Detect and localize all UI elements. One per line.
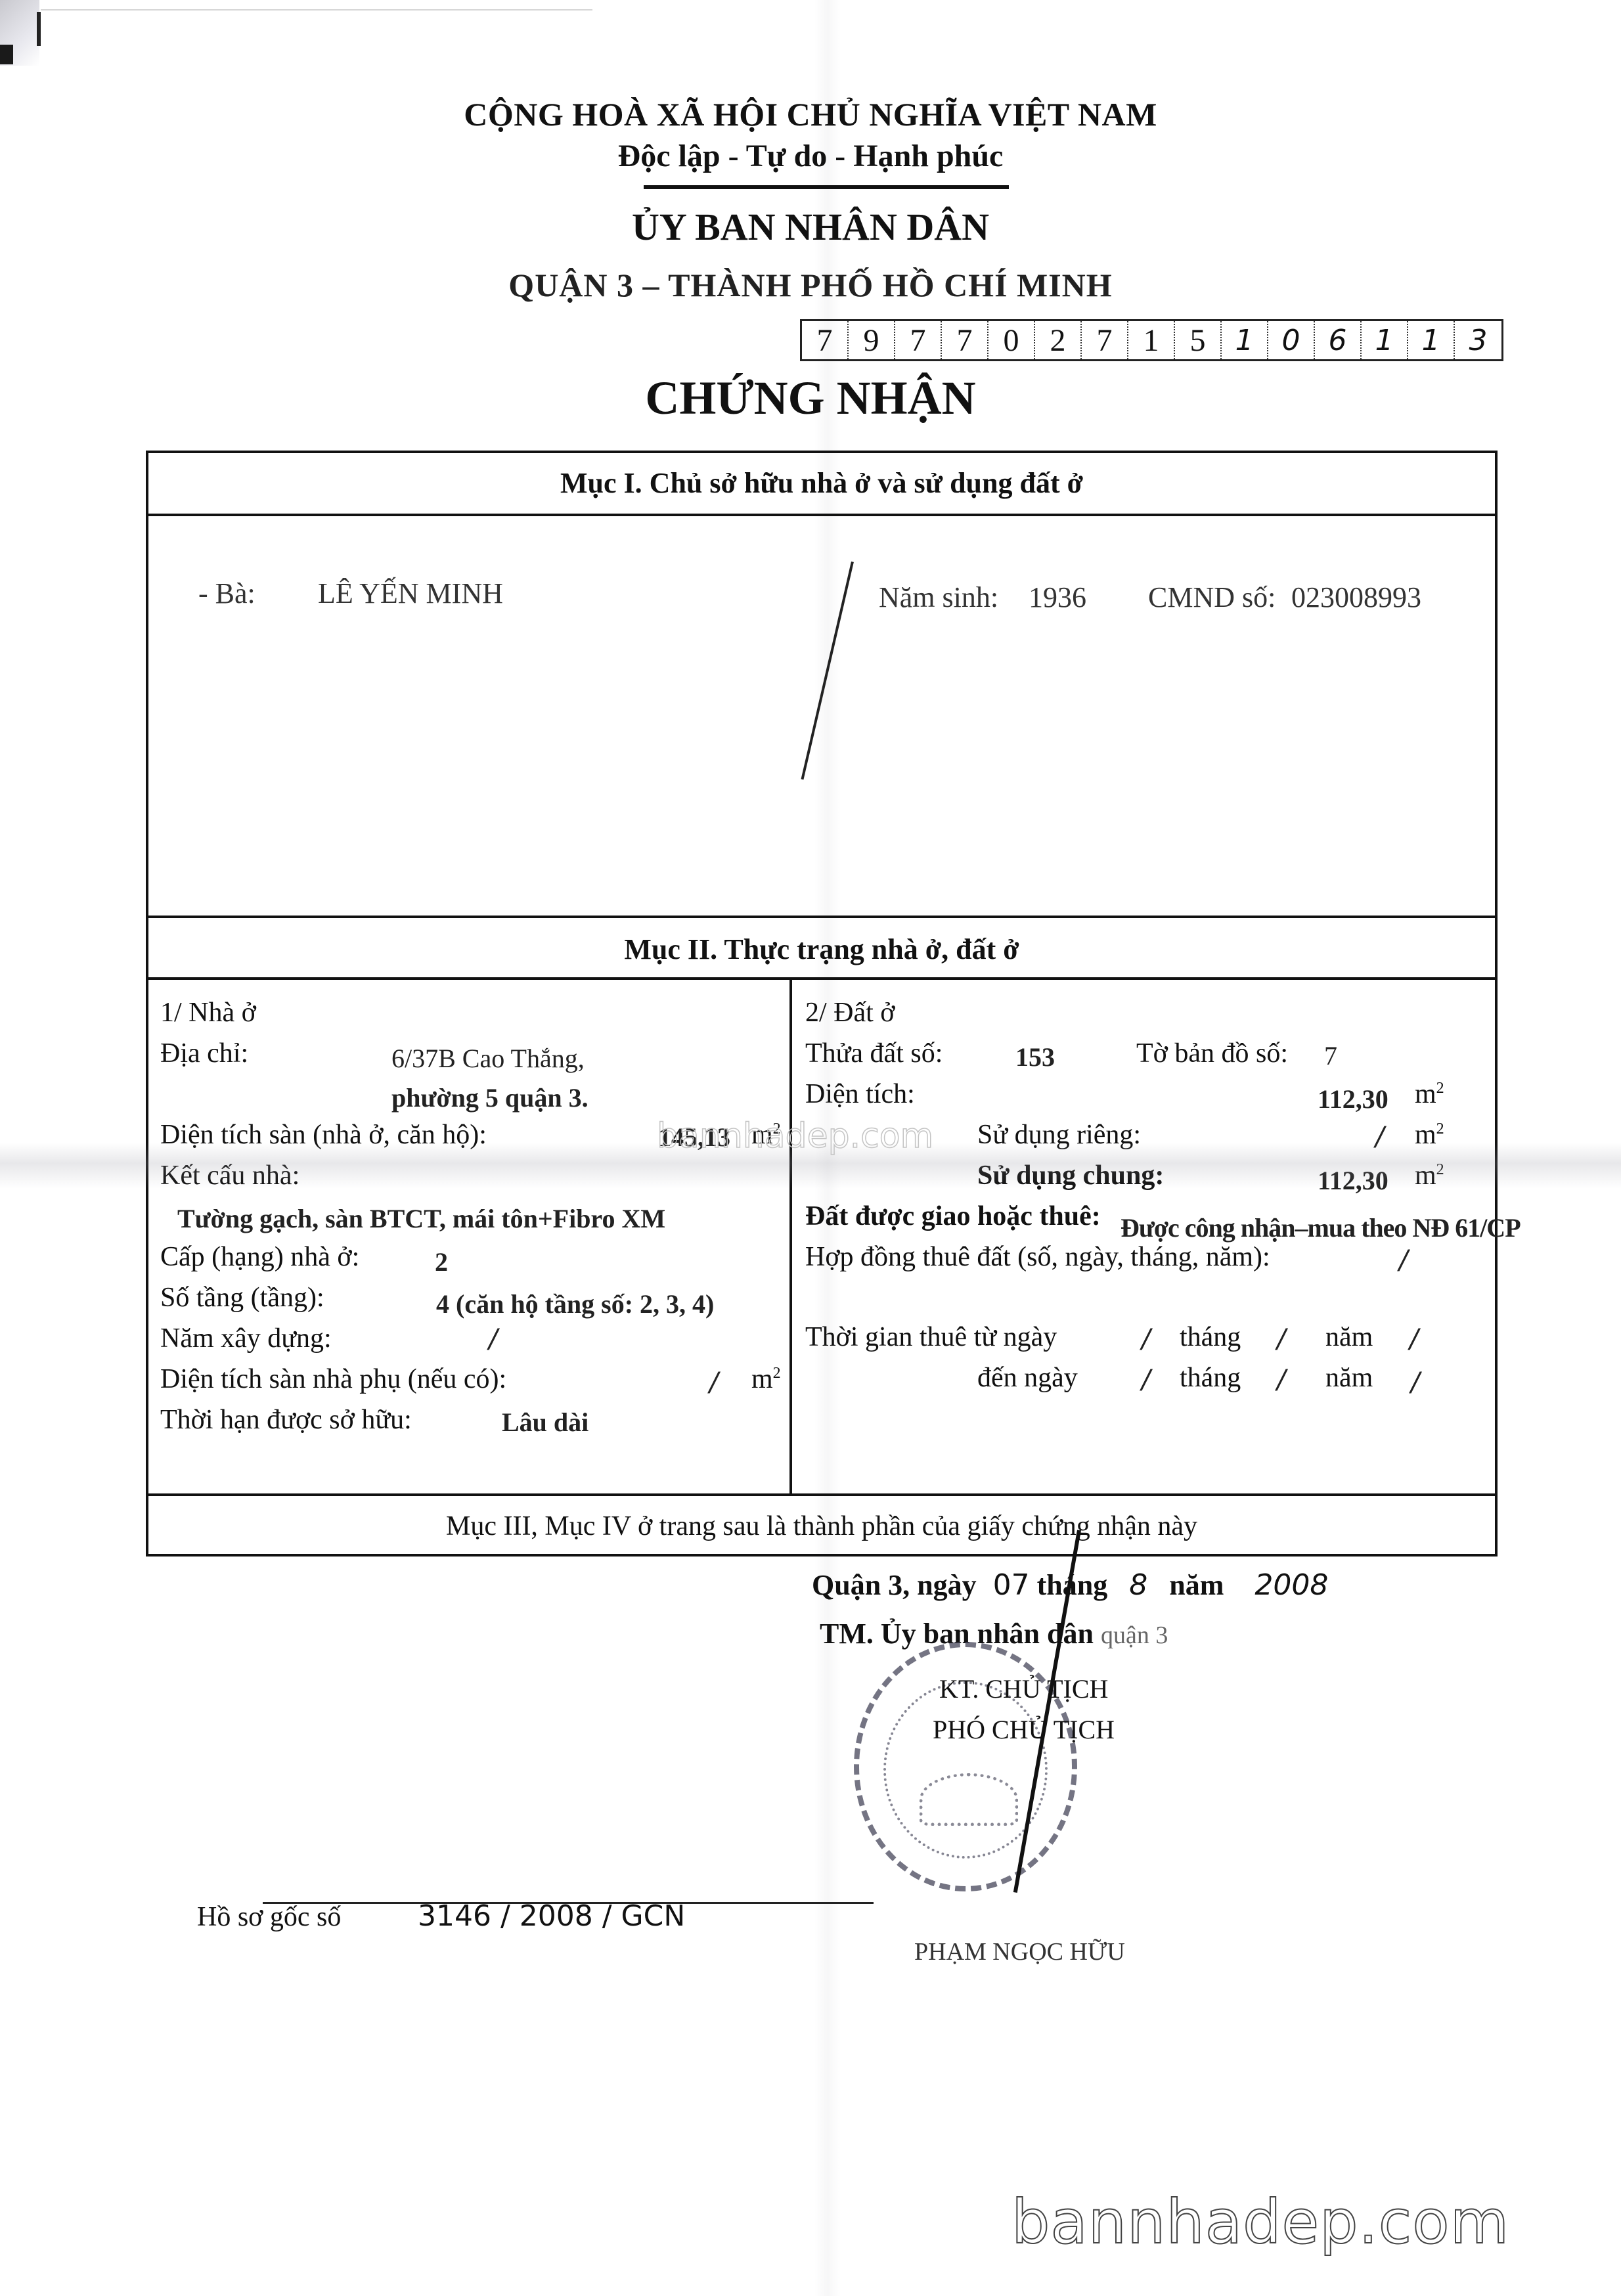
handwritten-strike-line bbox=[801, 562, 854, 780]
lease-to-month: / bbox=[1277, 1365, 1285, 1395]
certificate-title: CHỨNG NHẬN bbox=[0, 371, 1621, 426]
ownership-term-label: Thời hạn được sở hữu: bbox=[160, 1404, 412, 1436]
lease-from-year: / bbox=[1410, 1324, 1418, 1354]
house-info: 1/ Nhà ở Địa chỉ: 6/37B Cao Thắng, phườn… bbox=[160, 997, 784, 1445]
owner-name: LÊ YẾN MINH bbox=[318, 577, 503, 610]
signing-day: 07 bbox=[993, 1568, 1030, 1602]
aux-area-label: Diện tích sàn nhà phụ (nếu có): bbox=[160, 1363, 506, 1395]
lease-to-day: / bbox=[1142, 1365, 1150, 1395]
serial-digit: 0 bbox=[1268, 321, 1315, 359]
address-line-1: 6/37B Cao Thắng, bbox=[391, 1043, 585, 1074]
scan-corner-line bbox=[37, 12, 41, 46]
land-heading: 2/ Đất ở bbox=[805, 997, 895, 1028]
year-label: năm bbox=[1325, 1321, 1373, 1353]
address-line-2: phường 5 quận 3. bbox=[391, 1082, 588, 1113]
aux-area-unit: m2 bbox=[751, 1363, 781, 1395]
section-3-4-note: Mục III, Mục IV ở trang sau là thành phầ… bbox=[148, 1511, 1495, 1542]
official-seal-inner-ring bbox=[883, 1681, 1048, 1859]
year-built-label: Năm xây dựng: bbox=[160, 1323, 332, 1354]
scan-corner-tab bbox=[0, 45, 13, 64]
serial-digit: 1 bbox=[1408, 321, 1455, 359]
allocation-label: Đất được giao hoặc thuê: bbox=[805, 1201, 1101, 1232]
dossier-label: Hồ sơ gốc số bbox=[197, 1901, 341, 1933]
aux-area-value: / bbox=[709, 1367, 718, 1398]
serial-digit: 7 bbox=[942, 321, 988, 359]
signer-role-2: PHÓ CHỦ TỊCH bbox=[933, 1714, 1115, 1745]
serial-digit: 7 bbox=[895, 321, 942, 359]
district-title: QUẬN 3 – THÀNH PHỐ HỒ CHÍ MINH bbox=[0, 266, 1621, 304]
serial-digit: 6 bbox=[1315, 321, 1362, 359]
plot-label: Thửa đất số: bbox=[805, 1038, 943, 1069]
owner-prefix: - Bà: bbox=[198, 577, 255, 610]
id-number: 023008993 bbox=[1291, 581, 1421, 614]
serial-digit: 7 bbox=[802, 321, 849, 359]
signing-place: Quận 3 bbox=[812, 1569, 902, 1601]
floors-value: 4 (căn hộ tầng số: 2, 3, 4) bbox=[436, 1289, 714, 1319]
land-info: 2/ Đất ở Thửa đất số: 153 Tờ bản đồ số: … bbox=[805, 997, 1488, 1403]
floors-label: Số tầng (tầng): bbox=[160, 1282, 324, 1314]
serial-digit: 0 bbox=[988, 321, 1035, 359]
serial-digit: 1 bbox=[1128, 321, 1175, 359]
official-seal-emblem bbox=[920, 1773, 1018, 1826]
lease-contract-value: / bbox=[1399, 1245, 1408, 1275]
section-divider bbox=[148, 514, 1495, 516]
section-1-title: Mục I. Chủ sở hữu nhà ở và sử dụng đất ở bbox=[148, 466, 1495, 500]
grade-value: 2 bbox=[435, 1247, 448, 1277]
watermark-faint: bannhadep.com bbox=[657, 1116, 933, 1156]
serial-digit: 3 bbox=[1455, 321, 1501, 359]
serial-digit: 1 bbox=[1362, 321, 1408, 359]
serial-digit: 9 bbox=[849, 321, 895, 359]
map-sheet-value: 7 bbox=[1324, 1040, 1337, 1071]
section-2-title: Mục II. Thực trạng nhà ở, đất ở bbox=[148, 933, 1495, 966]
serial-digit: 5 bbox=[1175, 321, 1222, 359]
month-label: tháng bbox=[1180, 1321, 1241, 1353]
lease-to-label: đến ngày bbox=[977, 1362, 1078, 1394]
signer-name: PHẠM NGỌC HỮU bbox=[914, 1937, 1125, 1966]
birth-year: 1936 bbox=[1029, 581, 1086, 614]
dossier-number: 3146 / 2008 / GCN bbox=[418, 1899, 685, 1933]
scan-faint-line bbox=[41, 9, 592, 11]
section-divider bbox=[148, 977, 1495, 980]
address-label: Địa chỉ: bbox=[160, 1038, 248, 1069]
land-area-value: 112,30 bbox=[1318, 1084, 1388, 1115]
month-label: tháng bbox=[1180, 1362, 1241, 1394]
grade-label: Cấp (hạng) nhà ở: bbox=[160, 1241, 359, 1273]
house-heading: 1/ Nhà ở bbox=[160, 997, 256, 1028]
serial-digit: 1 bbox=[1222, 321, 1268, 359]
on-behalf-hand: quận 3 bbox=[1101, 1622, 1168, 1649]
signing-month: 8 bbox=[1129, 1568, 1147, 1602]
lease-from-month: / bbox=[1277, 1324, 1285, 1354]
id-number-label: CMND số: bbox=[1148, 581, 1276, 614]
watermark: bannhadep.com bbox=[1011, 2187, 1509, 2257]
lease-to-year: / bbox=[1411, 1367, 1419, 1398]
map-sheet-label: Tờ bản đồ số: bbox=[1136, 1038, 1288, 1069]
lease-from-day: / bbox=[1142, 1324, 1150, 1354]
land-area-label: Diện tích: bbox=[805, 1078, 915, 1110]
column-divider bbox=[789, 979, 792, 1493]
certificate-serial-number: 7 9 7 7 0 2 7 1 5 1 0 6 1 1 3 bbox=[800, 319, 1503, 361]
certificate-table: Mục I. Chủ sở hữu nhà ở và sử dụng đất ở… bbox=[146, 451, 1498, 1556]
year-built-value: / bbox=[489, 1324, 497, 1354]
section-divider bbox=[148, 1493, 1495, 1496]
structure-value: Tường gạch, sàn BTCT, mái tôn+Fibro XM bbox=[177, 1203, 665, 1234]
nation-title: CỘNG HOÀ XÃ HỘI CHỦ NGHĨA VIỆT NAM bbox=[0, 95, 1621, 133]
land-area-unit: m2 bbox=[1415, 1078, 1444, 1110]
year-label: năm bbox=[1325, 1362, 1373, 1394]
signing-year: 2008 bbox=[1255, 1568, 1328, 1602]
birth-year-label: Năm sinh: bbox=[879, 581, 998, 614]
motto-underline bbox=[644, 185, 1009, 189]
nation-motto: Độc lập - Tự do - Hạnh phúc bbox=[0, 138, 1621, 174]
signer-role-1: KT. CHỦ TỊCH bbox=[939, 1673, 1108, 1704]
authority-title: ỦY BAN NHÂN DÂN bbox=[0, 205, 1621, 249]
serial-digit: 2 bbox=[1035, 321, 1082, 359]
section-divider bbox=[148, 916, 1495, 918]
plot-value: 153 bbox=[1015, 1042, 1055, 1072]
lease-from-label: Thời gian thuê từ ngày bbox=[805, 1321, 1057, 1353]
serial-digit: 7 bbox=[1082, 321, 1128, 359]
lease-contract-label: Hợp đồng thuê đất (số, ngày, tháng, năm)… bbox=[805, 1241, 1270, 1273]
allocation-value: Được công nhận–mua theo NĐ 61/CP bbox=[1121, 1212, 1521, 1243]
ownership-term-value: Lâu dài bbox=[502, 1407, 588, 1438]
